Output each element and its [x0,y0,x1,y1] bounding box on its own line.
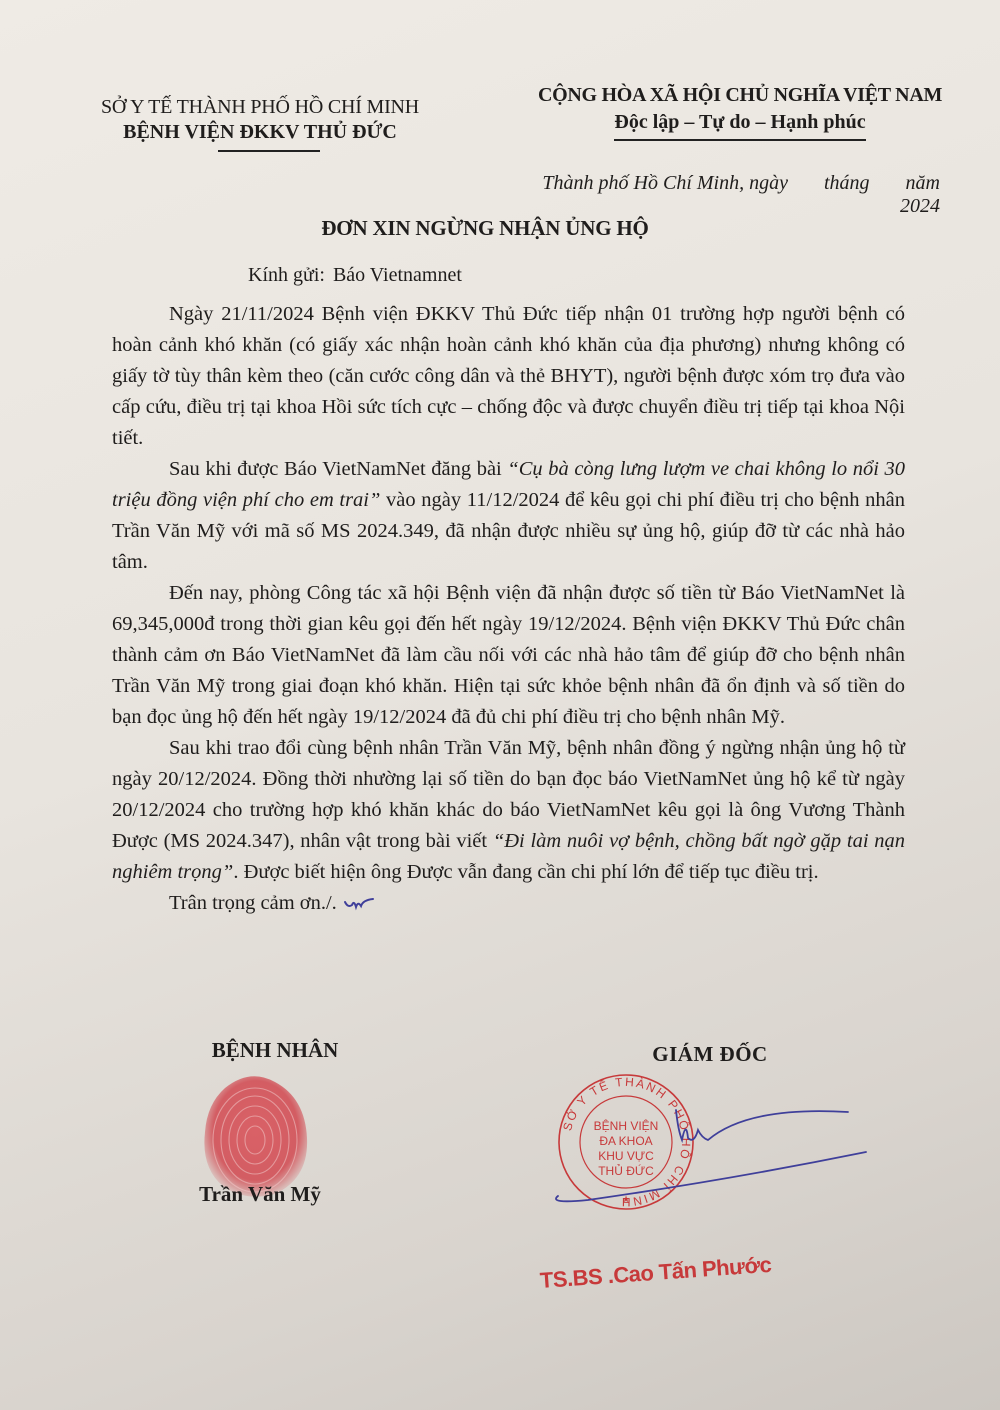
header-right-underline [614,139,866,141]
initials-signature-icon [343,896,377,912]
paragraph-2-text: Sau khi được Báo VietNamNet đăng bài [169,458,507,480]
department-name: SỞ Y TẾ THÀNH PHỐ HỒ CHÍ MINH [60,96,460,119]
patient-role-label: BỆNH NHÂN [150,1038,400,1063]
dateline: Thành phố Hồ Chí Minh, ngàythángnăm 2024 [500,172,940,218]
closing-text: Trân trọng cảm ơn./. [169,892,337,914]
hospital-name: BỆNH VIỆN ĐKKV THỦ ĐỨC [60,121,460,144]
dateline-year: năm 2024 [900,172,940,217]
patient-signature-block: BỆNH NHÂN [150,1038,400,1063]
recipient-label: Kính gửi: [248,264,325,286]
paragraph-3: Đến nay, phòng Công tác xã hội Bệnh viện… [112,578,905,733]
dateline-place-day: Thành phố Hồ Chí Minh, ngày [542,172,788,194]
dateline-month: tháng [824,172,870,194]
fingerprint-icon [195,1068,317,1200]
header-right: CỘNG HÒA XÃ HỘI CHỦ NGHĨA VIỆT NAM Độc l… [500,84,980,141]
header-left: SỞ Y TẾ THÀNH PHỐ HỒ CHÍ MINH BỆNH VIỆN … [60,96,460,152]
document-title: ĐƠN XIN NGỪNG NHẬN ỦNG HỘ [0,216,1000,241]
header-left-underline [218,150,320,152]
paragraph-2: Sau khi được Báo VietNamNet đăng bài “Cụ… [112,454,905,578]
director-name: TS.BS .Cao Tấn Phước [539,1252,772,1294]
national-motto: Độc lập – Tự do – Hạnh phúc [500,111,980,134]
recipient-name: Báo Vietnamnet [333,264,462,286]
director-signature-icon [548,1100,868,1210]
letter-body: Ngày 21/11/2024 Bệnh viện ĐKKV Thủ Đức t… [112,299,905,919]
paragraph-1: Ngày 21/11/2024 Bệnh viện ĐKKV Thủ Đức t… [112,299,905,454]
document-title-text: ĐƠN XIN NGỪNG NHẬN ỦNG HỘ [321,216,648,240]
country-name: CỘNG HÒA XÃ HỘI CHỦ NGHĨA VIỆT NAM [500,84,980,107]
patient-name: Trần Văn Mỹ [180,1182,340,1207]
closing-line: Trân trọng cảm ơn./. [112,888,905,919]
paragraph-4: Sau khi trao đổi cùng bệnh nhân Trần Văn… [112,733,905,888]
director-role-label: GIÁM ĐỐC [600,1042,820,1067]
recipient-line: Kính gửi:Báo Vietnamnet [248,264,462,287]
paragraph-4-text-rest: . Được biết hiện ông Được vẫn đang cần c… [233,861,818,883]
